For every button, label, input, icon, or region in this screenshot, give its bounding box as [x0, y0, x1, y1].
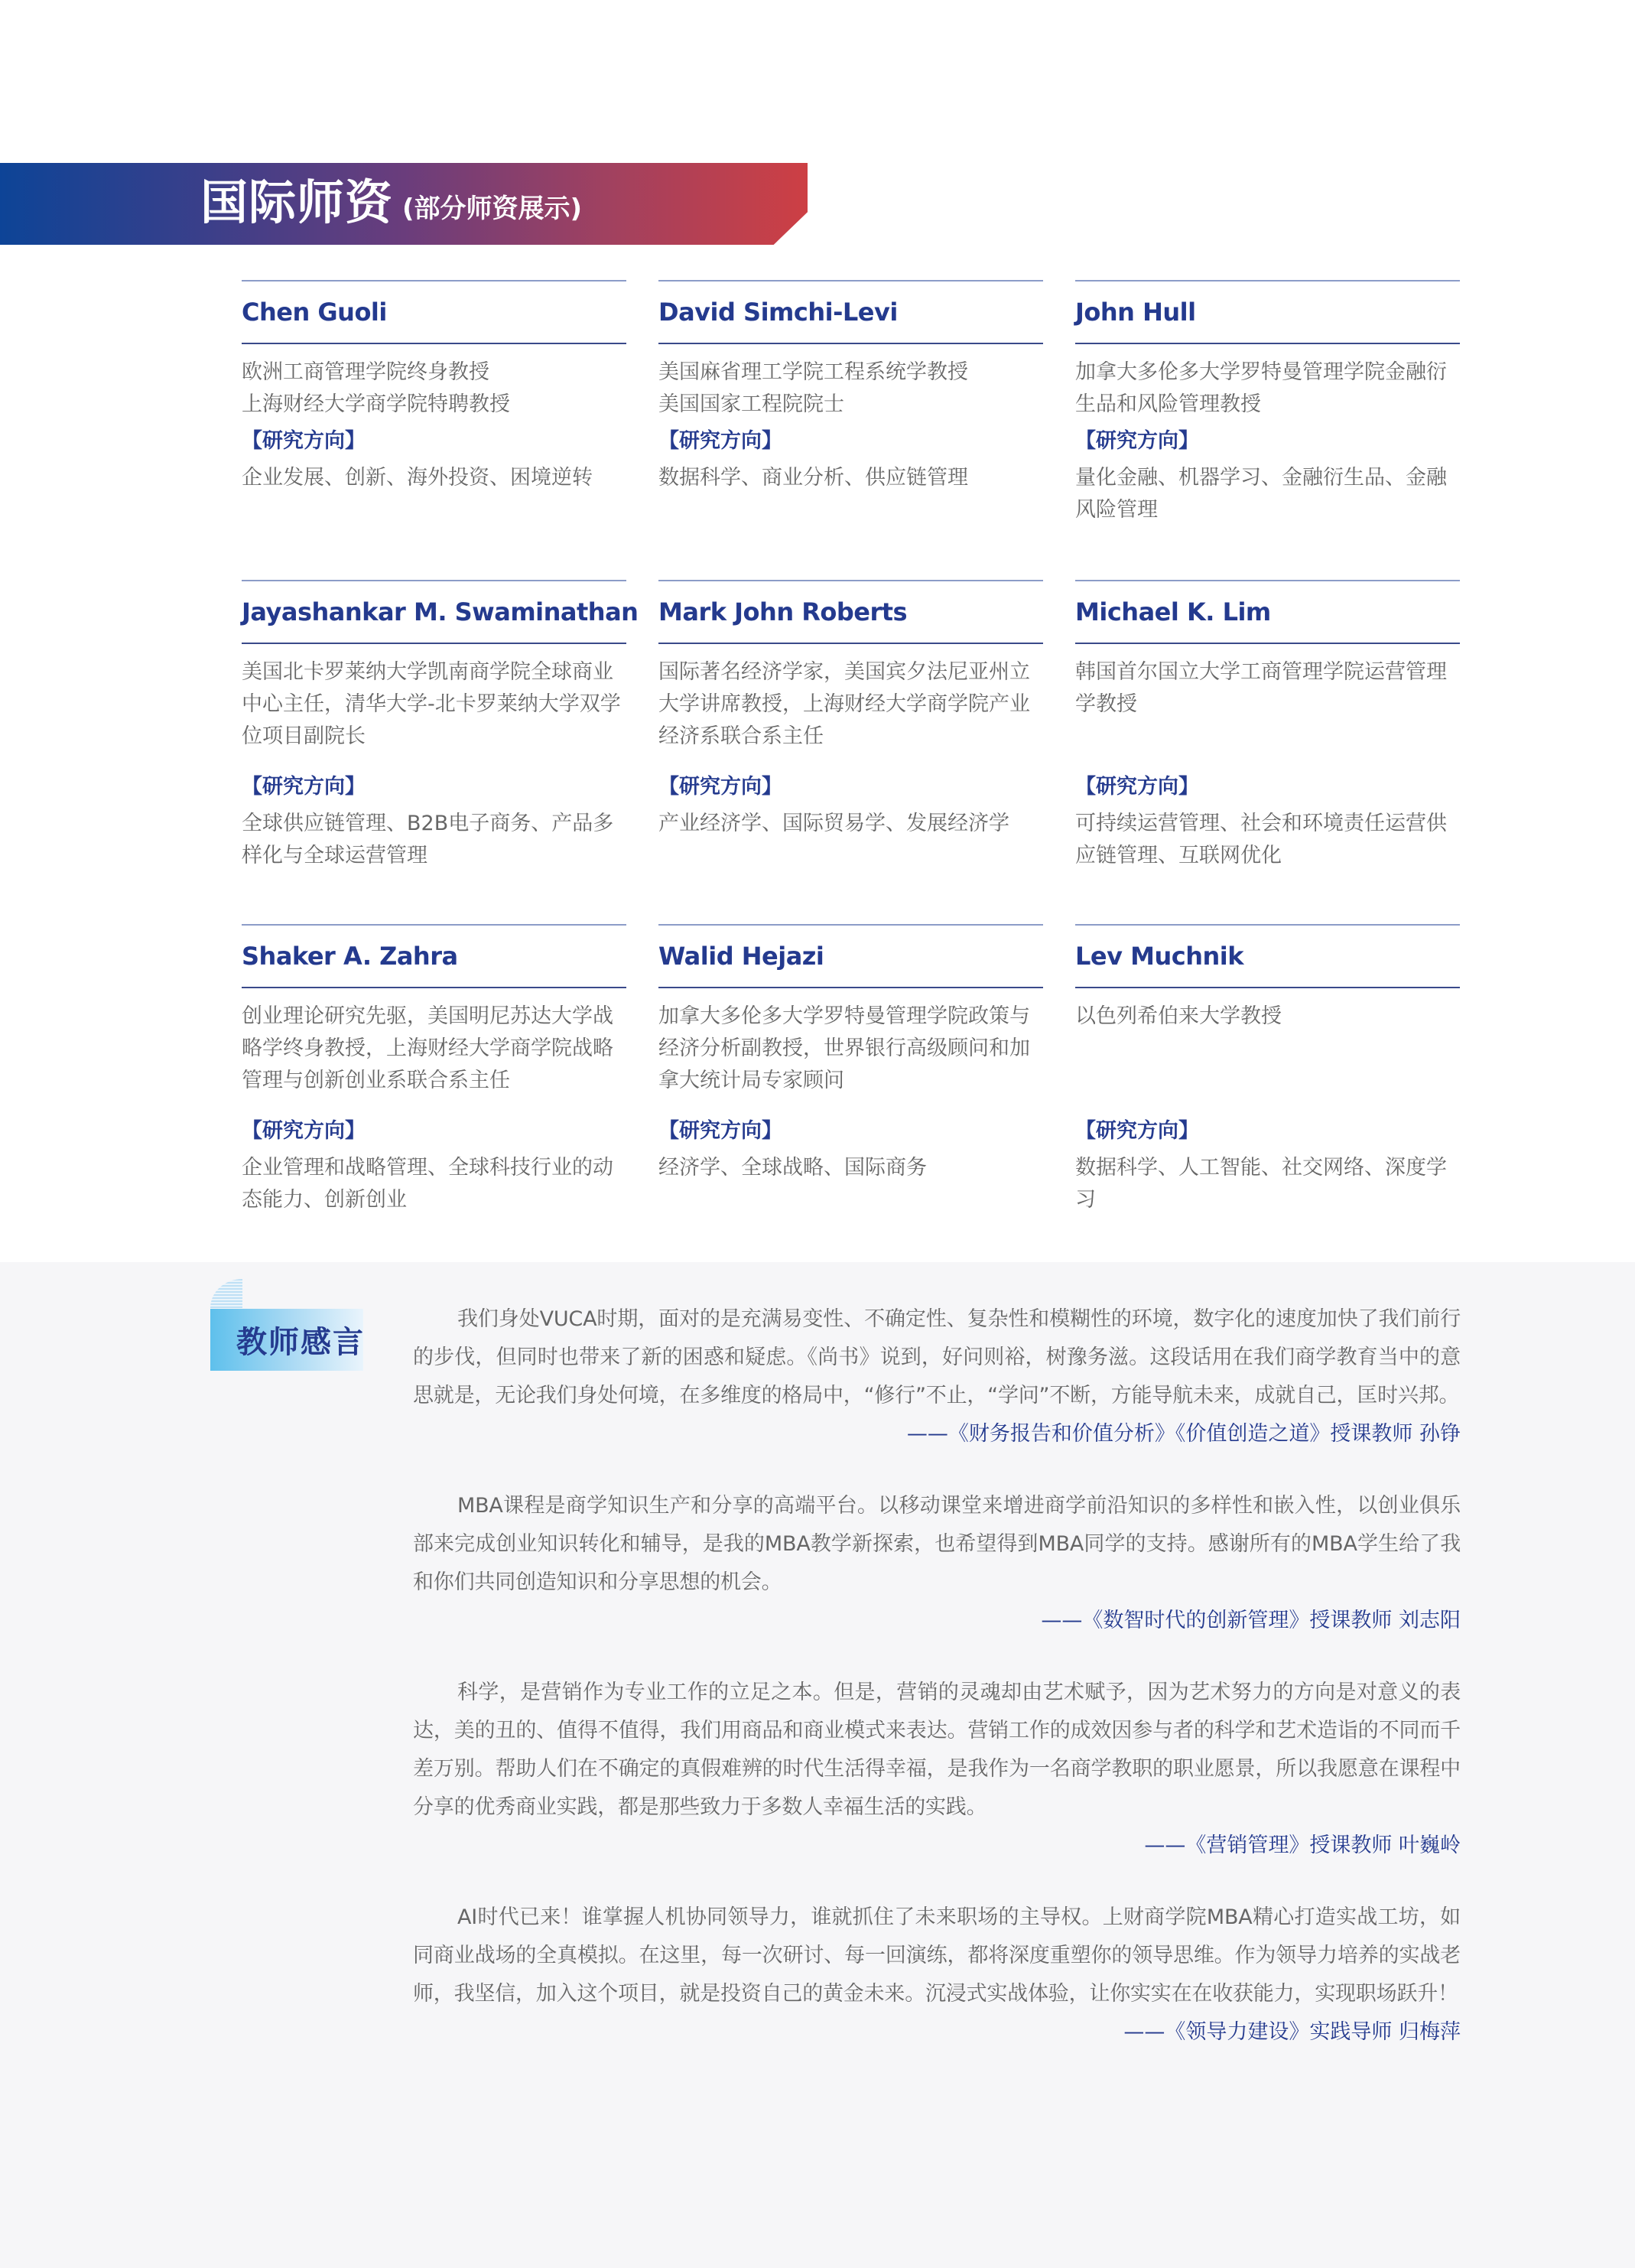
faculty-card: Jayashankar M. Swaminathan 美国北卡罗莱纳大学凯南商学…	[242, 580, 626, 924]
divider	[658, 987, 1043, 988]
faculty-bio: 加拿大多伦多大学罗特曼管理学院政策与经济分析副教授，世界银行高级顾问和加拿大统计…	[658, 1001, 1043, 1098]
research-text: 企业管理和战略管理、全球科技行业的动态能力、创新创业	[242, 1152, 626, 1216]
research-label: 【研究方向】	[242, 425, 626, 457]
faculty-card: Shaker A. Zahra 创业理论研究先驱，美国明尼苏达大学战略学终身教授…	[242, 924, 626, 1253]
research-label: 【研究方向】	[658, 771, 1043, 803]
research-text: 量化金融、机器学习、金融衍生品、金融风险管理	[1075, 462, 1460, 526]
faculty-name: Chen Guoli	[242, 281, 626, 343]
faculty-bio-line: 美国麻省理工学院工程系统学教授	[658, 356, 1043, 389]
divider	[1075, 343, 1460, 344]
section-title-main: 国际师资	[200, 172, 393, 233]
faculty-name: Jayashankar M. Swaminathan	[242, 581, 626, 643]
quote-text: AI时代已来！谁掌握人机协同领导力，谁就抓住了未来职场的主导权。上财商学院MBA…	[413, 1899, 1461, 2013]
faculty-bio: 韩国首尔国立大学工商管理学院运营管理学教授	[1075, 656, 1460, 754]
faculty-bio: 欧洲工商管理学院终身教授 上海财经大学商学院特聘教授	[242, 356, 626, 421]
research-text: 企业发展、创新、海外投资、困境逆转	[242, 462, 626, 494]
section-badge-label: 教师感言	[236, 1318, 365, 1362]
faculty-bio-line: 欧洲工商管理学院终身教授	[242, 356, 626, 389]
research-text: 全球供应链管理、B2B电子商务、产品多样化与全球运营管理	[242, 808, 626, 872]
faculty-name: John Hull	[1075, 281, 1460, 343]
research-text: 数据科学、人工智能、社交网络、深度学习	[1075, 1152, 1460, 1216]
quote-attribution: ——《财务报告和价值分析》《价值创造之道》授课教师 孙铮	[413, 1415, 1461, 1453]
faculty-row: Chen Guoli 欧洲工商管理学院终身教授 上海财经大学商学院特聘教授 【研…	[242, 280, 1461, 580]
faculty-name: Walid Hejazi	[658, 926, 1043, 987]
quote-item: AI时代已来！谁掌握人机协同领导力，谁就抓住了未来职场的主导权。上财商学院MBA…	[413, 1899, 1461, 2052]
faculty-name: Shaker A. Zahra	[242, 926, 626, 987]
faculty-card: Mark John Roberts 国际著名经济学家，美国宾夕法尼亚州立大学讲席…	[658, 580, 1043, 924]
quote-list: 我们身处VUCA时期，面对的是充满易变性、不确定性、复杂性和模糊性的环境，数字化…	[413, 1300, 1461, 2085]
divider	[242, 643, 626, 644]
divider	[1075, 987, 1460, 988]
faculty-grid: Chen Guoli 欧洲工商管理学院终身教授 上海财经大学商学院特聘教授 【研…	[242, 280, 1461, 1253]
faculty-bio-line: 上海财经大学商学院特聘教授	[242, 389, 626, 421]
faculty-name: Michael K. Lim	[1075, 581, 1460, 643]
faculty-card: David Simchi-Levi 美国麻省理工学院工程系统学教授 美国国家工程…	[658, 280, 1043, 580]
quote-text: 我们身处VUCA时期，面对的是充满易变性、不确定性、复杂性和模糊性的环境，数字化…	[413, 1300, 1461, 1415]
faculty-row: Jayashankar M. Swaminathan 美国北卡罗莱纳大学凯南商学…	[242, 580, 1461, 924]
quote-attribution: ——《数智时代的创新管理》授课教师 刘志阳	[413, 1602, 1461, 1640]
quote-attribution: ——《营销管理》授课教师 叶巍岭	[413, 1827, 1461, 1865]
faculty-card: Lev Muchnik 以色列希伯来大学教授 【研究方向】 数据科学、人工智能、…	[1075, 924, 1460, 1253]
divider	[242, 343, 626, 344]
research-text: 经济学、全球战略、国际商务	[658, 1152, 1043, 1184]
research-text: 数据科学、商业分析、供应链管理	[658, 462, 1043, 494]
faculty-name: Lev Muchnik	[1075, 926, 1460, 987]
quote-item: 我们身处VUCA时期，面对的是充满易变性、不确定性、复杂性和模糊性的环境，数字化…	[413, 1300, 1461, 1453]
section-badge: 教师感言	[210, 1309, 363, 1371]
section-title: 国际师资 (部分师资展示)	[200, 172, 582, 233]
research-label: 【研究方向】	[658, 1115, 1043, 1147]
research-text: 可持续运营管理、社会和环境责任运营供应链管理、互联网优化	[1075, 808, 1460, 872]
faculty-bio: 美国麻省理工学院工程系统学教授 美国国家工程院院士	[658, 356, 1043, 421]
faculty-bio: 以色列希伯来大学教授	[1075, 1001, 1460, 1098]
divider	[1075, 643, 1460, 644]
faculty-bio: 创业理论研究先驱，美国明尼苏达大学战略学终身教授，上海财经大学商学院战略管理与创…	[242, 1001, 626, 1098]
quote-attribution: ——《领导力建设》实践导师 归梅萍	[413, 2013, 1461, 2052]
quote-text: 科学，是营销作为专业工作的立足之本。但是，营销的灵魂却由艺术赋予，因为艺术努力的…	[413, 1674, 1461, 1827]
faculty-card: John Hull 加拿大多伦多大学罗特曼管理学院金融衍生品和风险管理教授 【研…	[1075, 280, 1460, 580]
faculty-card: Walid Hejazi 加拿大多伦多大学罗特曼管理学院政策与经济分析副教授，世…	[658, 924, 1043, 1253]
divider	[658, 343, 1043, 344]
faculty-bio-line: 美国国家工程院院士	[658, 389, 1043, 421]
section-title-sub: (部分师资展示)	[402, 184, 582, 233]
faculty-card: Michael K. Lim 韩国首尔国立大学工商管理学院运营管理学教授 【研究…	[1075, 580, 1460, 924]
faculty-name: David Simchi-Levi	[658, 281, 1043, 343]
faculty-bio: 加拿大多伦多大学罗特曼管理学院金融衍生品和风险管理教授	[1075, 356, 1460, 421]
research-label: 【研究方向】	[1075, 771, 1460, 803]
research-label: 【研究方向】	[1075, 425, 1460, 457]
divider	[242, 987, 626, 988]
divider	[658, 643, 1043, 644]
faculty-name: Mark John Roberts	[658, 581, 1043, 643]
quote-item: 科学，是营销作为专业工作的立足之本。但是，营销的灵魂却由艺术赋予，因为艺术努力的…	[413, 1674, 1461, 1865]
research-label: 【研究方向】	[242, 771, 626, 803]
faculty-bio: 国际著名经济学家，美国宾夕法尼亚州立大学讲席教授，上海财经大学商学院产业经济系联…	[658, 656, 1043, 754]
quote-text: MBA课程是商学知识生产和分享的高端平台。以移动课堂来增进商学前沿知识的多样性和…	[413, 1487, 1461, 1602]
faculty-bio: 美国北卡罗莱纳大学凯南商学院全球商业中心主任，清华大学-北卡罗莱纳大学双学位项目…	[242, 656, 626, 754]
faculty-card: Chen Guoli 欧洲工商管理学院终身教授 上海财经大学商学院特聘教授 【研…	[242, 280, 626, 580]
research-label: 【研究方向】	[1075, 1115, 1460, 1147]
research-label: 【研究方向】	[658, 425, 1043, 457]
quote-item: MBA课程是商学知识生产和分享的高端平台。以移动课堂来增进商学前沿知识的多样性和…	[413, 1487, 1461, 1640]
research-label: 【研究方向】	[242, 1115, 626, 1147]
research-text: 产业经济学、国际贸易学、发展经济学	[658, 808, 1043, 840]
faculty-row: Shaker A. Zahra 创业理论研究先驱，美国明尼苏达大学战略学终身教授…	[242, 924, 1461, 1253]
